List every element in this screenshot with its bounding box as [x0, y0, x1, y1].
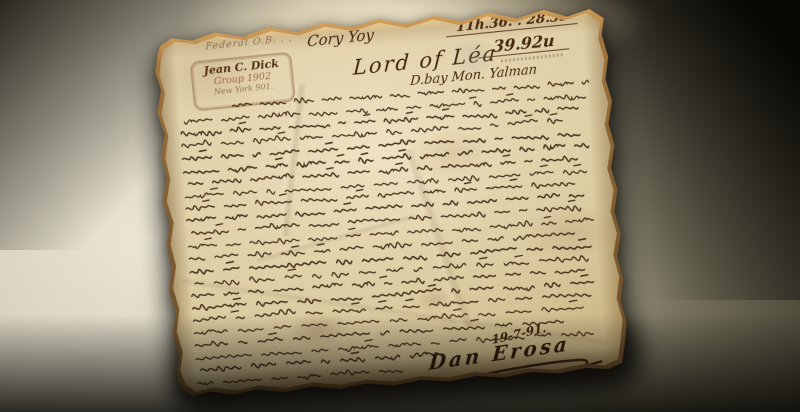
- vignette-bottom: [0, 282, 800, 412]
- handwriting-line: [191, 200, 581, 237]
- handwriting-line: [186, 175, 575, 212]
- handwriting-line: [183, 138, 589, 176]
- handwriting-line: [181, 100, 579, 139]
- handwriting-line: [189, 227, 575, 263]
- handwriting-line: [232, 79, 588, 109]
- photo-scene: Federal O.B. . . Jean C. Dick Group 1902…: [0, 0, 800, 412]
